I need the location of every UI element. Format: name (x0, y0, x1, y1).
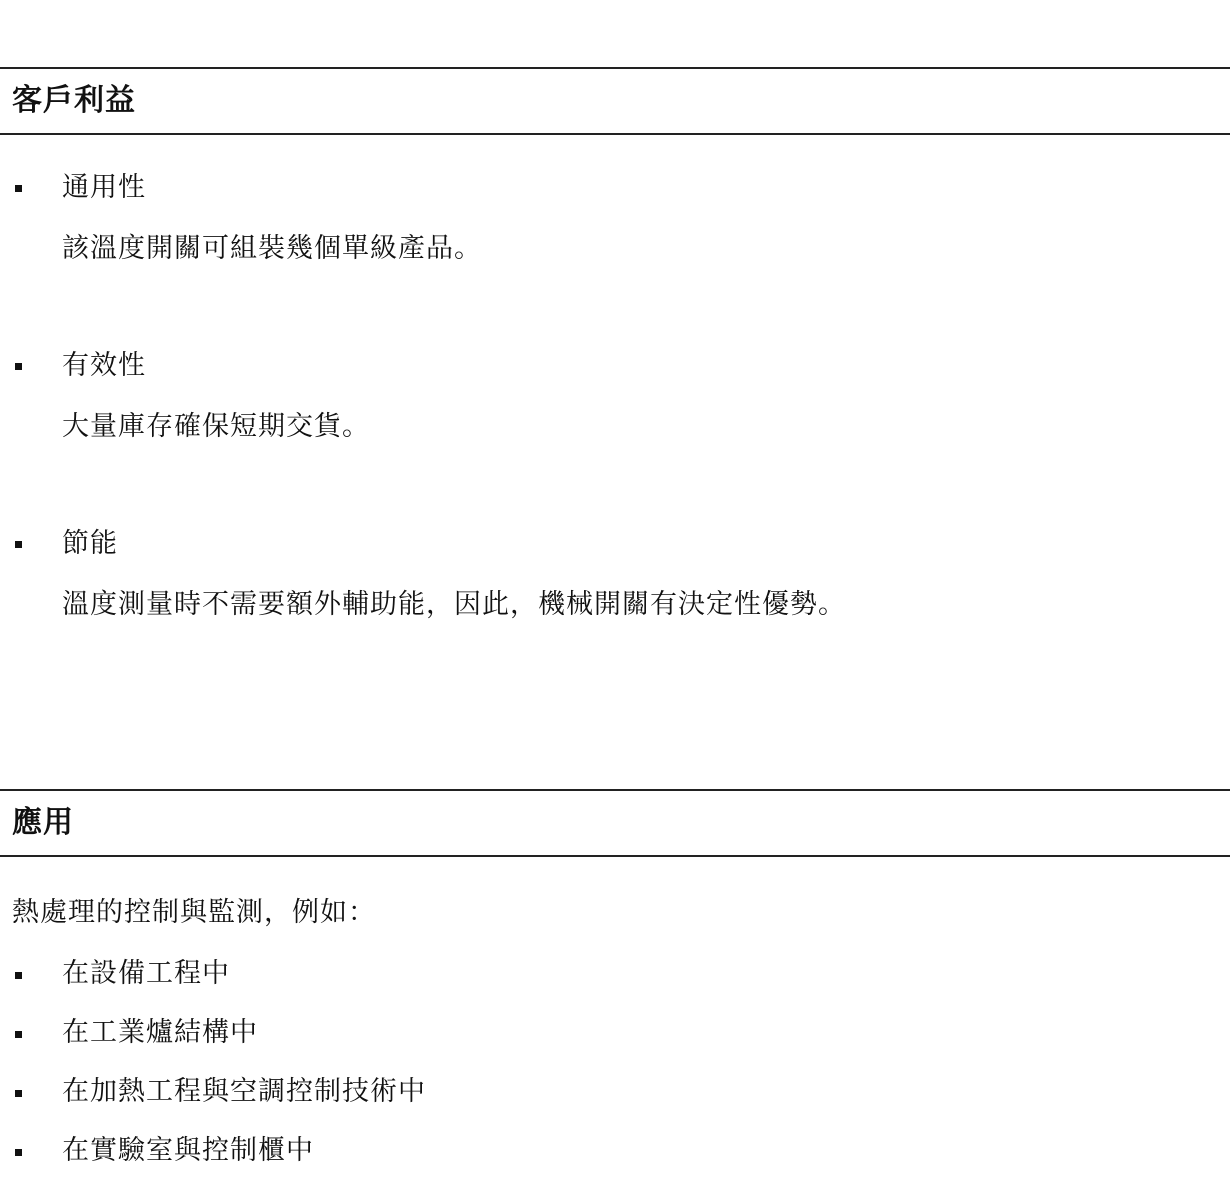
bullet-icon (15, 972, 22, 979)
bullet-icon (15, 1031, 22, 1038)
bullet-icon (15, 1149, 22, 1156)
benefits-header (0, 67, 1230, 135)
applications-header (0, 789, 1230, 857)
bullet-icon (15, 185, 22, 192)
applications-title: 應用 (12, 805, 74, 841)
benefits-title: 客戶利益 (12, 83, 136, 119)
application-item: 在實驗室與控制櫃中 (62, 1134, 314, 1168)
application-item: 在工業爐結構中 (62, 1016, 258, 1050)
benefit-title-availability: 有效性 (62, 349, 146, 383)
benefit-desc-versatility: 該溫度開關可組裝幾個單級產品。 (62, 232, 482, 266)
bullet-icon (15, 541, 22, 548)
bullet-icon (15, 363, 22, 370)
application-item: 在加熱工程與空調控制技術中 (62, 1075, 426, 1109)
benefit-desc-availability: 大量庫存確保短期交貨。 (62, 410, 370, 444)
benefit-title-versatility: 通用性 (62, 171, 146, 205)
bullet-icon (15, 1090, 22, 1097)
benefit-desc-energy-saving: 溫度測量時不需要額外輔助能，因此，機械開關有決定性優勢。 (62, 588, 846, 622)
benefit-title-energy-saving: 節能 (62, 527, 118, 561)
applications-intro: 熱處理的控制與監測，例如： (12, 896, 376, 930)
application-item: 在設備工程中 (62, 957, 230, 991)
